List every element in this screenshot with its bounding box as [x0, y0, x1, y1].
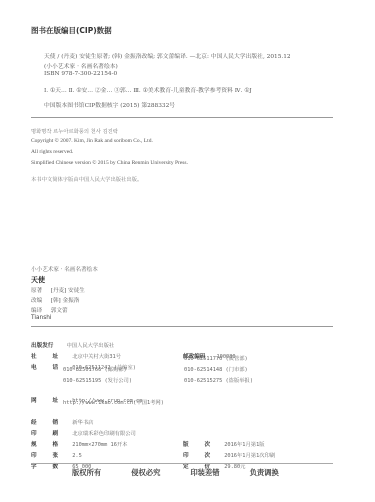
divider — [31, 326, 333, 327]
phone-purchase: 010-82501766 (邮购部) — [63, 365, 127, 373]
cip-classification: Ⅰ. ①天… Ⅱ. ①安… ②金… ③郭… Ⅲ. ①美术教育-儿童教育-教学参考… — [44, 85, 252, 94]
phone-piracy: 010-62515275 (盗版举报) — [184, 376, 253, 384]
korean-title: 명화명작 르누아르화풍의 천사 김진락 — [31, 127, 118, 135]
divider — [31, 463, 333, 464]
website-link[interactable]: http://www.1kao.com.cn(中国1考网) — [63, 398, 164, 406]
series-name: 小小艺术家 · 名画名著绘本 — [31, 265, 98, 273]
cip-line: (小小艺术家 · 名画名著绘本) — [44, 61, 118, 70]
rights-line: All rights reserved. — [31, 149, 73, 155]
cip-line: 天使 / (丹麦) 安徒生原著; (韩) 金振洛改编; 郭文蕾编译. —北京: … — [44, 51, 291, 60]
cip-isbn: ISBN 978-7-300-22154-0 — [44, 71, 117, 77]
phone-store: 010-62514148 (门市部) — [184, 365, 248, 373]
phone-distribution: 010-62515195 (发行公司) — [63, 376, 132, 384]
divider — [31, 117, 333, 118]
phone-quality: 010-62511770 (质管部) — [184, 354, 248, 362]
edition-copyright-line: Simplified Chinese version © 2015 by Chi… — [31, 160, 188, 166]
publisher-note: 本书中文简体字版由中国人民大学出版社出版。 — [31, 175, 142, 183]
credit-adapter: 改编 [韩] 金振洛 — [31, 296, 79, 304]
credit-author: 原著 [丹麦] 安徒生 — [31, 286, 85, 294]
cip-record-number: 中国版本图书馆CIP数据核字 (2015) 第288332号 — [44, 100, 175, 109]
credit-translator: 编译 郭文蕾 — [31, 306, 68, 314]
rights-slogan: 版权所有 侵权必究 印装差错 负责调换 — [72, 468, 279, 478]
book-title: 天使 — [31, 275, 45, 285]
pinyin-title: Tianshi — [31, 315, 52, 321]
copyright-line: Copyright © 2007. Kim, Jin Rak and sorib… — [31, 138, 153, 144]
cip-heading: 图书在版编目(CIP)数据 — [31, 25, 112, 36]
